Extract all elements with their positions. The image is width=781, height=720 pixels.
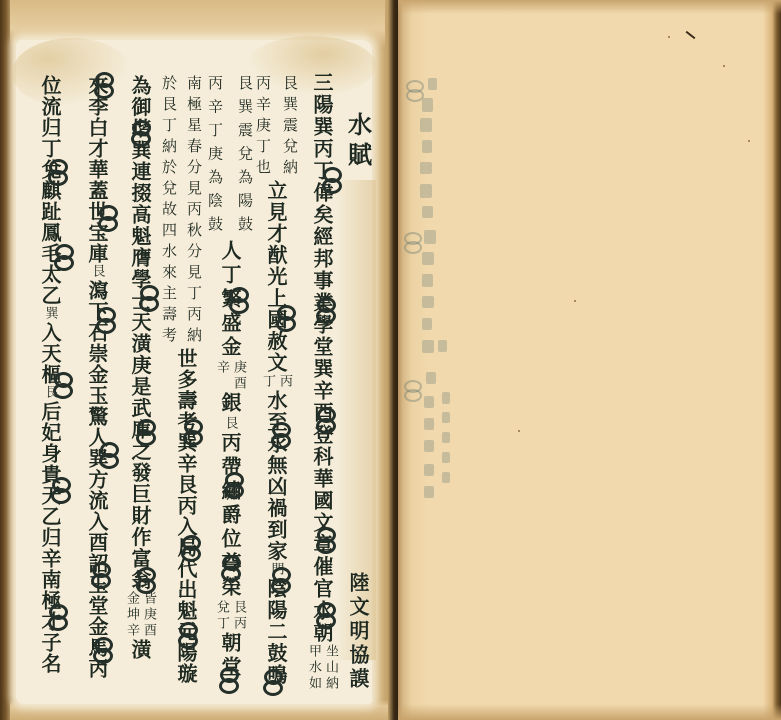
left-page: 水賦 陸文明協謨 三陽巽丙丁偉矣經邦事業學堂巽辛酉登科華國文章催官水朝 坐山納 … [0, 0, 398, 720]
loop-mark-icon [131, 120, 151, 146]
loop-mark-icon [51, 477, 71, 503]
paper-speck [686, 31, 696, 39]
loop-mark-icon [316, 407, 336, 433]
interlinear-note: 巽 [42, 306, 59, 322]
text-column: 艮巽震兌為陽鼓 丙辛丁庚為陰鼓 人丁繁盛金 庚酉 辛 銀 艮 丙帶繡爵位尊榮 艮… [210, 75, 250, 680]
author-column: 陸文明協謨 [338, 572, 378, 692]
right-page [398, 0, 781, 720]
interlinear-note: 庚酉 辛 [213, 360, 247, 392]
loop-mark-icon [183, 419, 203, 445]
note-left: 甲水如 [305, 644, 322, 692]
loop-mark-icon [93, 637, 113, 663]
loop-mark-icon [322, 167, 342, 193]
note-left: 兌丁 [213, 600, 230, 632]
main-text: 瀉下石崇金玉驚人巽方流入酉詔玉堂金馬丙 [85, 280, 109, 679]
note-right: 艮 [89, 264, 106, 280]
loop-mark-icon [139, 285, 159, 311]
main-text: 位流归丁兌麒趾鳳毛太乙 [38, 75, 62, 306]
loop-mark-icon [224, 472, 244, 498]
text-column: 艮巽震兌納 丙辛庚丁也 立見才猷光上國赦文 丙 丁 水至永無凶禍到家 門 陰陽二… [256, 75, 296, 685]
note-right: 艮巽震兌為陽鼓 [230, 75, 260, 240]
main-text: 來李白才華蓋世宝庫 [85, 75, 109, 264]
text-column: 三陽巽丙丁偉矣經邦事業學堂巽辛酉登科華國文章催官水朝 坐山納 甲水如 [302, 72, 342, 692]
loop-mark-icon [99, 442, 119, 468]
note-right: 坐山納 [322, 644, 339, 692]
loop-mark-icon [136, 567, 156, 593]
main-text: 水至永無凶禍到家 [264, 390, 288, 562]
loop-mark-icon [181, 535, 201, 561]
age-stain [398, 704, 781, 720]
loop-mark-icon [316, 602, 336, 628]
loop-mark-icon [271, 567, 291, 593]
interlinear-note: 坐山納 甲水如 [305, 644, 339, 692]
interlinear-note: 丙 丁 [259, 374, 293, 390]
note-right: 丙 [276, 374, 293, 390]
main-text: 三陽巽丙丁偉矣經邦事業學堂巽辛酉登科華國文章催官水朝 [310, 72, 334, 644]
paper-speck [723, 65, 725, 67]
note-right: 艮丙 [230, 600, 247, 632]
paper-speck [574, 300, 576, 302]
loop-mark-icon [54, 244, 74, 270]
loop-mark-icon [221, 555, 241, 581]
loop-mark-icon [263, 669, 283, 695]
loop-mark-icon [53, 372, 73, 398]
interlinear-note: 艮丙 兌丁 [213, 600, 247, 632]
main-text: 后妃身貴天乙归辛南極才子名 [38, 401, 62, 674]
note-left: 丁 [259, 374, 276, 390]
note-left: 金坤辛 [123, 591, 140, 639]
loop-mark-icon [98, 205, 118, 231]
loop-mark-icon [136, 419, 156, 445]
loop-mark-icon [94, 72, 114, 98]
paper-speck [668, 36, 670, 38]
note-right: 南極星春分見丙秋分見丁丙納 [181, 75, 206, 348]
loop-mark-icon [48, 159, 68, 185]
interlinear-note: 南極星春分見丙秋分見丁丙納 於艮丁納於兌故四水來主壽考 [156, 75, 206, 348]
loop-mark-icon [96, 307, 116, 333]
loop-mark-icon [316, 297, 336, 323]
note-left: 辛 [213, 360, 230, 392]
paper-speck [748, 140, 750, 142]
loop-mark-icon [316, 527, 336, 553]
loop-mark-icon [271, 422, 291, 448]
note-right: 皆庚酉 [140, 591, 157, 639]
note-right: 巽 [42, 306, 59, 322]
interlinear-note: 艮 [89, 264, 106, 280]
page-title: 水賦 [341, 112, 376, 172]
main-text: 為御堦巽連掇高魁膺學士天潢庚是武庫之發巨財作富翁 [128, 75, 152, 591]
author-credit: 陸文明協謨 [346, 572, 370, 692]
main-text: 立見才猷光上國赦文 [264, 180, 288, 374]
loop-mark-icon [91, 562, 111, 588]
note-right: 艮巽震兌納 [276, 75, 303, 180]
loop-mark-icon [229, 287, 249, 313]
loop-mark-icon [178, 622, 198, 648]
interlinear-note: 艮巽震兌為陽鼓 丙辛丁庚為陰鼓 [200, 75, 260, 240]
paper-speck [518, 430, 520, 432]
loop-mark-icon [48, 604, 68, 630]
title-column: 水賦 [338, 112, 378, 172]
open-manuscript-book: 水賦 陸文明協謨 三陽巽丙丁偉矣經邦事業學堂巽辛酉登科華國文章催官水朝 坐山納 … [0, 0, 781, 720]
note-right: 艮 [222, 416, 239, 432]
text-column: 南極星春分見丙秋分見丁丙納 於艮丁納於兌故四水來主壽考 世多壽考巽辛艮丙入局代出… [161, 75, 201, 684]
main-text: 潢 [128, 639, 152, 661]
interlinear-note: 艮 [222, 416, 239, 432]
loop-mark-icon [219, 667, 239, 693]
note-right: 庚酉 [230, 360, 247, 392]
loop-mark-icon [276, 305, 296, 331]
interlinear-note: 皆庚酉 金坤辛 [123, 591, 157, 639]
age-stain [398, 0, 781, 14]
main-text: 銀 [218, 392, 242, 416]
